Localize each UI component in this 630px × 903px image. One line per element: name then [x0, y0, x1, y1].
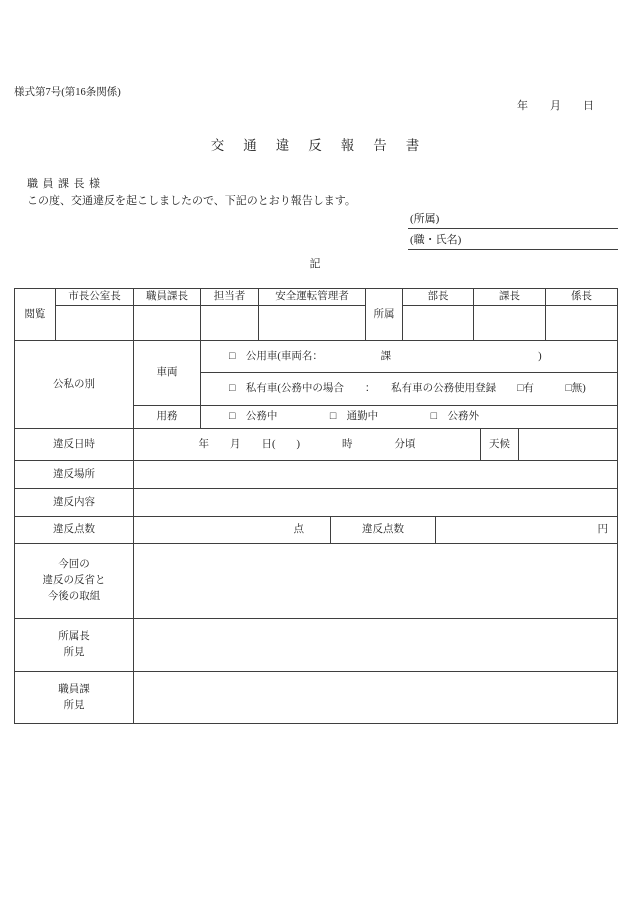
violation-place-field[interactable]: [134, 461, 617, 489]
duty-label: 用務: [134, 406, 201, 429]
violation-place-label: 違反場所: [15, 461, 134, 489]
vehicle-label: 車両: [134, 341, 201, 406]
affiliation-label: (所属): [410, 210, 439, 226]
stamp-cell[interactable]: [201, 306, 259, 341]
weather-label: 天候: [481, 429, 519, 461]
page-title: 交通違反報告書: [0, 134, 630, 154]
private-car-checkbox-option[interactable]: □ 私有車(公務中の場合 ： 私有車の公務使用登録 □有 □無): [201, 373, 617, 406]
violation-content-field[interactable]: [134, 489, 617, 517]
violation-points-field[interactable]: 点: [134, 517, 331, 544]
header-subsection-chief: 係長: [546, 289, 617, 306]
intro-text: この度、交通違反を起こしましたので、下記のとおり報告します。: [27, 192, 356, 208]
stamp-cell[interactable]: [546, 306, 617, 341]
violation-content-label: 違反内容: [15, 489, 134, 517]
supervisor-comment-field[interactable]: [134, 619, 617, 672]
weather-field[interactable]: [519, 429, 617, 461]
header-department-chief: 部長: [403, 289, 474, 306]
header-safety-manager: 安全運転管理者: [259, 289, 366, 306]
public-private-label: 公私の別: [15, 341, 134, 429]
name-field[interactable]: (職・氏名): [408, 229, 618, 250]
stamp-cell[interactable]: [474, 306, 546, 341]
header-section-chief: 課長: [474, 289, 546, 306]
violation-datetime-field[interactable]: 年 月 日( ) 時 分頃: [134, 429, 481, 461]
affiliation-header-cell: 所属: [366, 289, 403, 341]
form-number: 様式第7号(第16条関係): [14, 84, 121, 99]
supervisor-comment-label: 所属長 所見: [15, 619, 134, 672]
date-line: 年 月 日: [517, 97, 594, 113]
violation-datetime-label: 違反日時: [15, 429, 134, 461]
personnel-comment-label: 職員課 所見: [15, 672, 134, 723]
points-unit: 点: [294, 523, 305, 537]
header-mayor-office-chief: 市長公室長: [56, 289, 134, 306]
violation-fine-label: 違反点数: [331, 517, 436, 544]
document-page: 様式第7号(第16条関係) 年 月 日 交通違反報告書 職員課長様 この度、交通…: [0, 0, 630, 903]
stamp-cell[interactable]: [259, 306, 366, 341]
name-label: (職・氏名): [410, 231, 461, 247]
stamp-cell[interactable]: [403, 306, 474, 341]
header-personnel-chief: 職員課長: [134, 289, 201, 306]
yen-unit: 円: [598, 523, 609, 537]
header-person-in-charge: 担当者: [201, 289, 259, 306]
reflection-field[interactable]: [134, 544, 617, 619]
stamp-cell[interactable]: [56, 306, 134, 341]
duty-checkbox-options[interactable]: □ 公務中 □ 通勤中 □ 公務外: [201, 406, 617, 429]
report-table: 閲覧 市長公室長 職員課長 担当者 安全運転管理者 所属 部長 課長 係長 公私…: [14, 288, 618, 724]
violation-fine-field[interactable]: 円: [436, 517, 617, 544]
review-header-cell: 閲覧: [15, 289, 56, 341]
official-car-checkbox-option[interactable]: □ 公用車(車両名： 課 ): [201, 341, 617, 373]
ki-heading: 記: [0, 255, 630, 271]
personnel-comment-field[interactable]: [134, 672, 617, 723]
reflection-label: 今回の 違反の反省と 今後の取組: [15, 544, 134, 619]
affiliation-field[interactable]: (所属): [408, 206, 618, 229]
violation-points-label: 違反点数: [15, 517, 134, 544]
stamp-cell[interactable]: [134, 306, 201, 341]
addressee: 職員課長様: [27, 175, 105, 191]
